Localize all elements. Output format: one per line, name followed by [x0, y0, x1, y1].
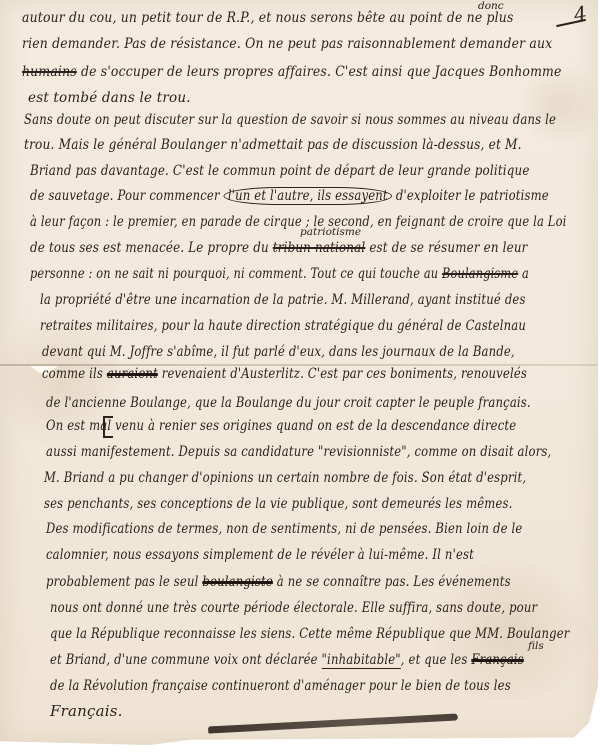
manuscript-line: est tombé dans le trou.: [28, 90, 191, 106]
manuscript-line: à leur façon : le premier, en parade de …: [30, 214, 567, 230]
struck-text: Français: [471, 652, 523, 668]
manuscript-line: de l'ancienne Boulange, que la Boulange …: [46, 395, 531, 411]
manuscript-line: de tous ses est menacée. Le propre du tr…: [30, 240, 528, 256]
manuscript-line: Des modifications de termes, non de sent…: [46, 521, 522, 537]
manuscript-line: M. Briand a pu changer d'opinions un cer…: [44, 470, 526, 486]
manuscript-line: autour du cou, un petit tour de R.P., et…: [22, 10, 514, 26]
manuscript-line: On est mal venu à renier ses origines qu…: [46, 418, 516, 434]
manuscript-line: de sauvetage. Pour commencer l'un et l'a…: [30, 188, 549, 204]
struck-text: Boulangisme: [442, 266, 518, 282]
manuscript-line: nous ont donné une très courte période é…: [50, 600, 537, 616]
manuscript-line: Français.: [50, 702, 123, 720]
manuscript-line: que la République reconnaisse les siens.…: [50, 626, 570, 642]
manuscript-line: personne : on ne sait ni pourquoi, ni co…: [30, 266, 529, 282]
underlined-word: "inhabitable": [322, 652, 401, 669]
manuscript-line: trou. Mais le général Boulanger n'admett…: [24, 137, 522, 153]
inserted-word: fils: [528, 640, 544, 652]
struck-text: tribun national: [273, 240, 366, 256]
manuscript-line: humains de s'occuper de leurs propres af…: [22, 64, 562, 80]
struck-text: boulangiste: [202, 574, 273, 590]
manuscript-line: Briand pas davantage. C'est le commun po…: [30, 163, 530, 179]
manuscript-line: de la Révolution française continueront …: [50, 678, 511, 694]
manuscript-line: devant qui M. Joffre s'abîme, il fut par…: [42, 344, 515, 360]
manuscript-line: la propriété d'être une incarnation de l…: [40, 292, 526, 308]
struck-text: humains: [22, 64, 77, 80]
circled-phrase: l'un et l'autre, ils essayent: [224, 187, 392, 205]
manuscript-line: calomnier, nous essayons simplement de l…: [46, 547, 474, 563]
manuscript-line: et Briand, d'une commune voix ont déclar…: [50, 652, 524, 668]
manuscript-line: Sans doute on peut discuter sur la quest…: [24, 112, 556, 128]
manuscript-line: rien demander. Pas de résistance. On ne …: [22, 36, 552, 52]
manuscript-line: ses penchants, ses conceptions de la vie…: [44, 496, 513, 512]
struck-text: auraient: [107, 366, 158, 382]
manuscript-line: probablement pas le seul boulangiste à n…: [46, 574, 511, 590]
manuscript-line: retraites militaires, pour la haute dire…: [40, 318, 526, 334]
manuscript-line: comme ils auraient revenaient d'Austerli…: [42, 366, 527, 382]
inserted-word: patriotisme: [300, 226, 361, 238]
manuscript-line: aussi manifestement. Depuis sa candidatu…: [46, 444, 551, 460]
